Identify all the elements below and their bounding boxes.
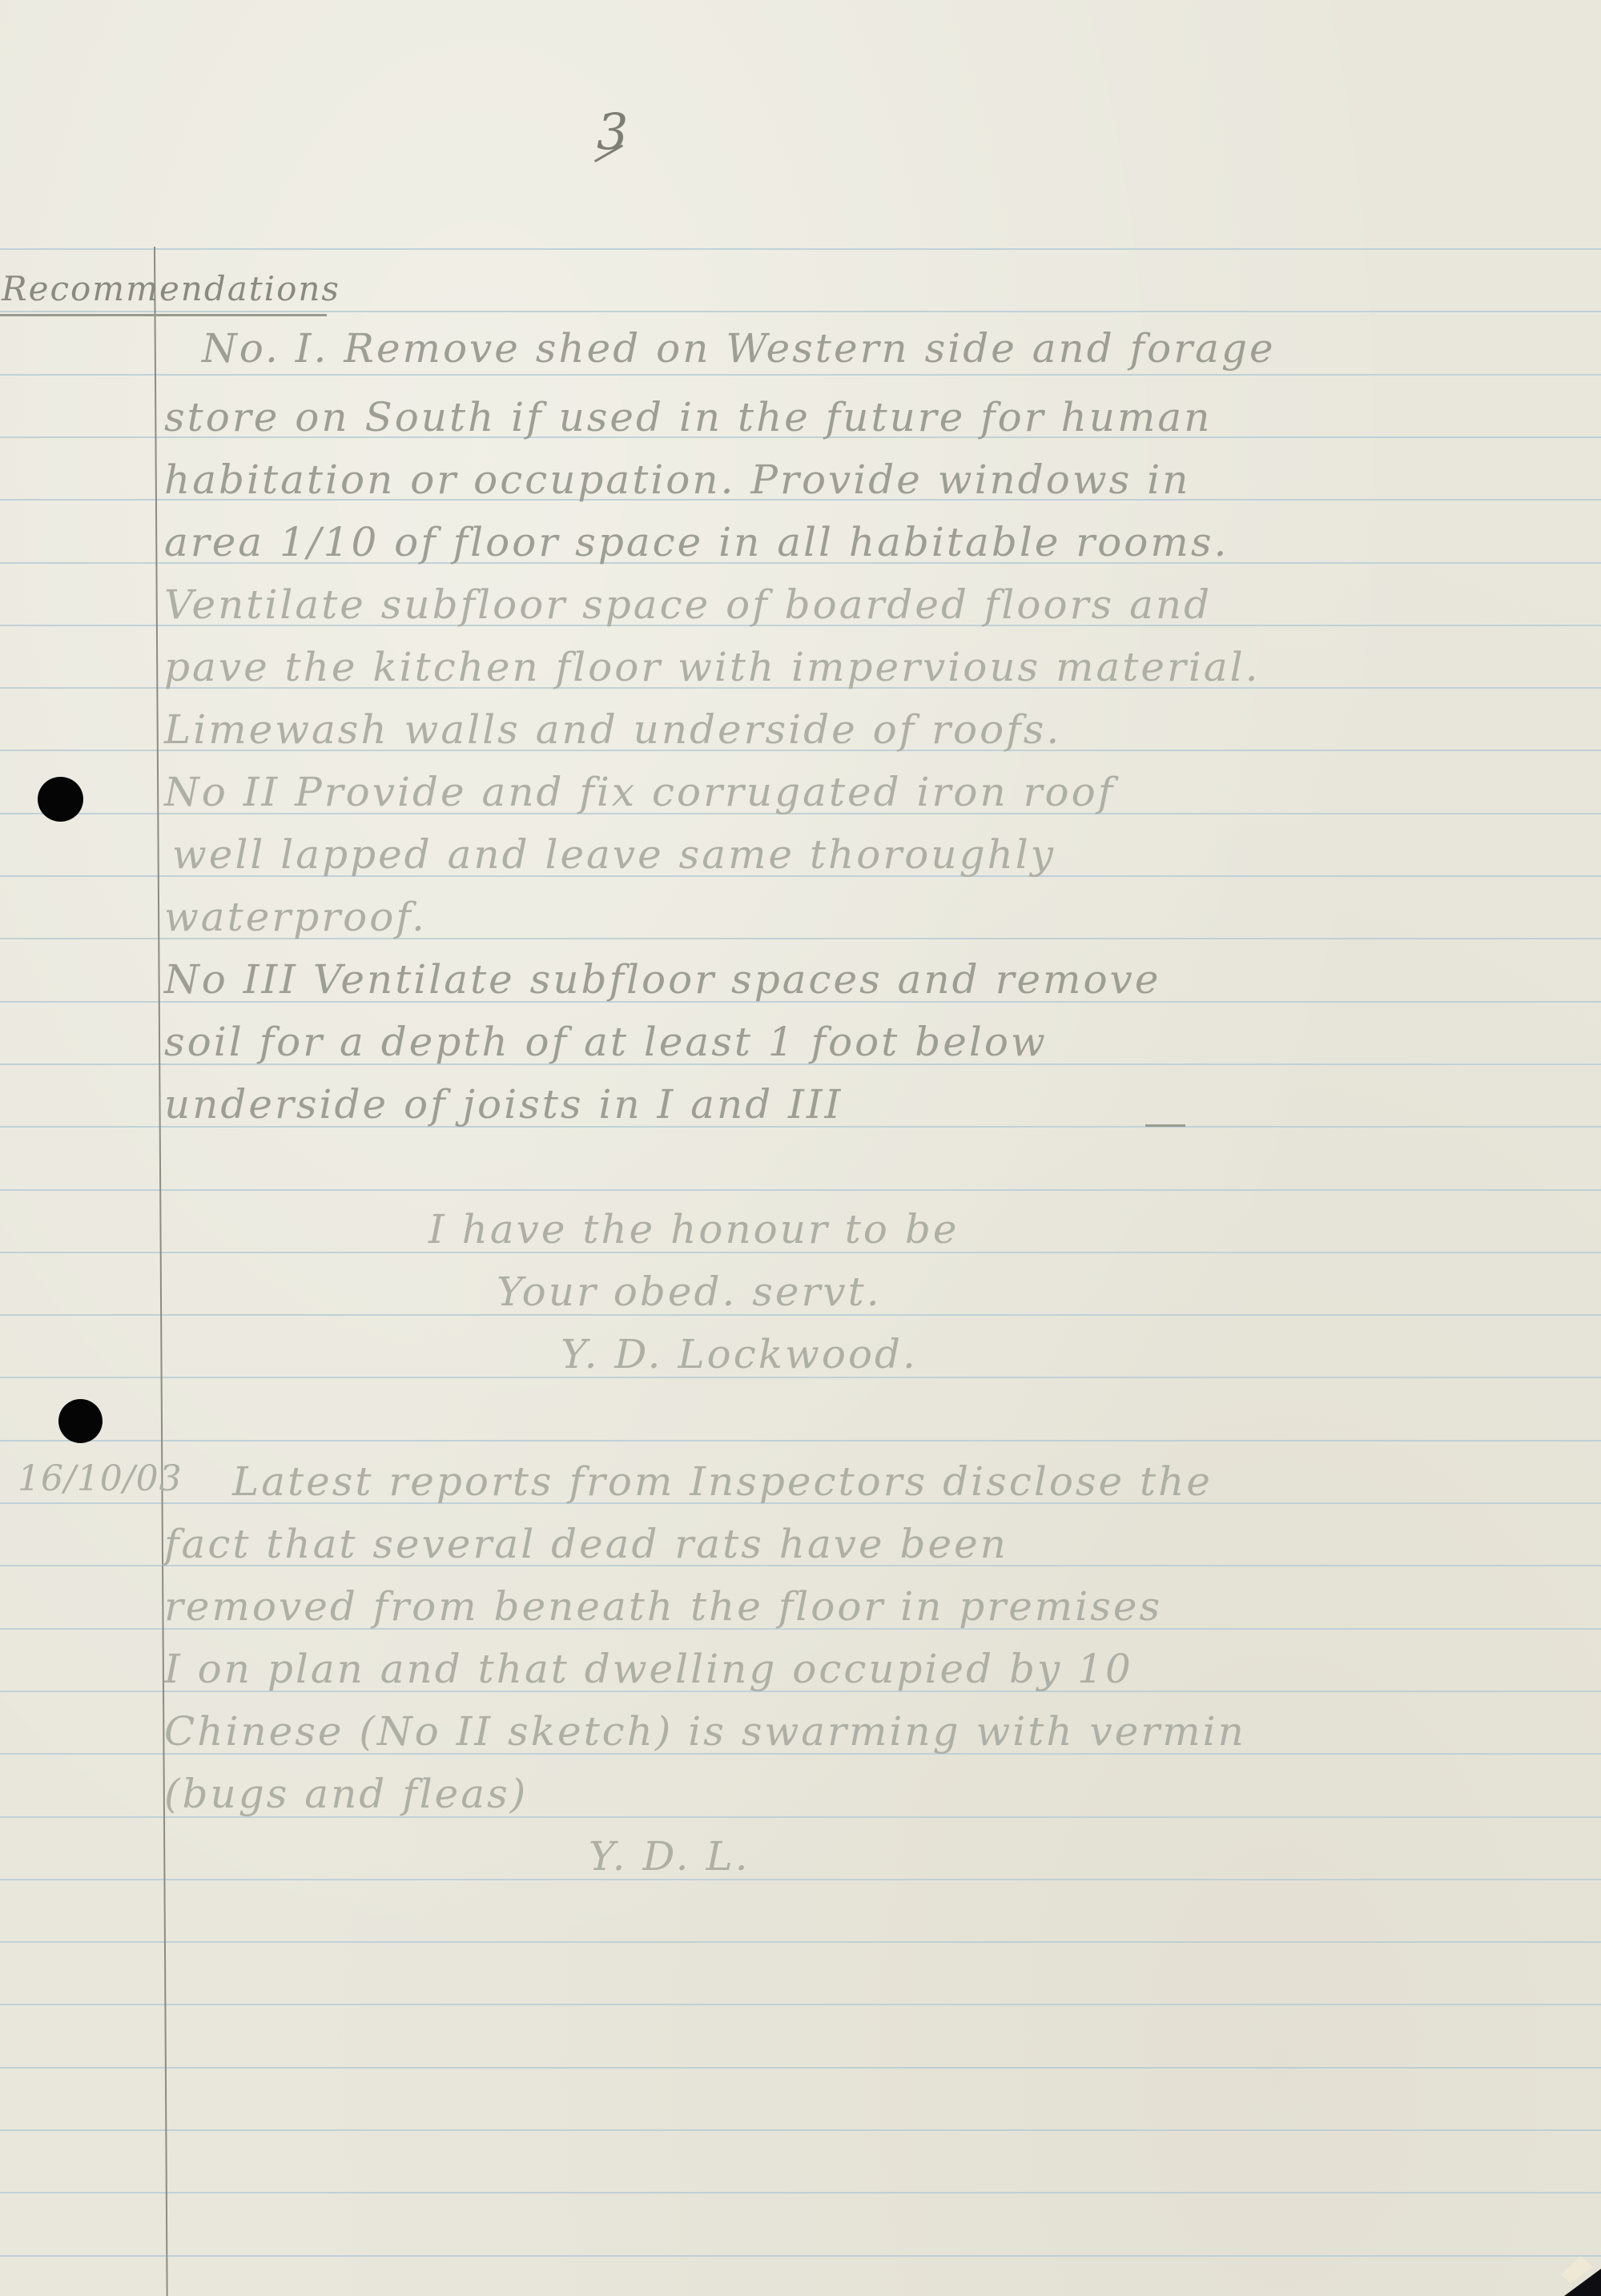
ruled-line bbox=[0, 2067, 1601, 2069]
ruled-line bbox=[0, 1440, 1601, 1442]
postscript-line-3: removed from beneath the floor in premis… bbox=[164, 1586, 1162, 1627]
postscript-date: 16/10/03 bbox=[18, 1462, 183, 1497]
rec-1-line-3: habitation or occupation. Provide window… bbox=[164, 460, 1190, 500]
postscript-line-6: (bugs and fleas) bbox=[164, 1774, 528, 1814]
rec-1-line-2: store on South if used in the future for… bbox=[164, 397, 1212, 437]
postscript-line-1: Latest reports from Inspectors disclose … bbox=[232, 1462, 1213, 1502]
closing-line-1: I have the honour to be bbox=[428, 1209, 959, 1249]
rec-1-line-6: pave the kitchen floor with impervious m… bbox=[164, 647, 1261, 687]
ruled-line bbox=[0, 2004, 1601, 2005]
underline-III bbox=[1145, 1124, 1185, 1127]
ruled-paper-page: 3 Recommendations No. I. Remove shed on … bbox=[0, 0, 1601, 2296]
rec-3-line-1: No III Ventilate subfloor spaces and rem… bbox=[164, 959, 1161, 999]
ruled-line bbox=[0, 1941, 1601, 1943]
ruled-line bbox=[0, 2192, 1601, 2193]
rec-3-line-2: soil for a depth of at least 1 foot belo… bbox=[164, 1022, 1048, 1062]
rec-1-line-7: Limewash walls and underside of roofs. bbox=[164, 710, 1061, 750]
rec-1-line-4: area 1/10 of floor space in all habitabl… bbox=[164, 522, 1229, 562]
postscript-initials: Y. D. L. bbox=[589, 1836, 750, 1876]
punch-hole-bottom bbox=[58, 1399, 103, 1443]
postscript-line-4: I on plan and that dwelling occupied by … bbox=[164, 1649, 1133, 1689]
ruled-line bbox=[0, 374, 1601, 376]
postscript-line-2: fact that several dead rats have been bbox=[164, 1524, 1008, 1564]
heading-underline bbox=[0, 314, 327, 316]
rec-3-line-3: underside of joists in I and III bbox=[164, 1084, 843, 1124]
ruled-line bbox=[0, 311, 1601, 312]
closing-line-2: Your obed. servt. bbox=[497, 1272, 882, 1312]
punch-hole-top bbox=[38, 777, 83, 822]
postscript-line-5: Chinese (No II sketch) is swarming with … bbox=[164, 1711, 1246, 1751]
ruled-line bbox=[0, 248, 1601, 250]
rec-1-line-5: Ventilate subfloor space of boarded floo… bbox=[164, 585, 1212, 625]
rec-2-line-3: waterproof. bbox=[164, 897, 427, 937]
rec-1-line-1: No. I. Remove shed on Western side and f… bbox=[202, 328, 1276, 368]
rec-2-line-1: No II Provide and fix corrugated iron ro… bbox=[164, 772, 1115, 812]
ruled-line bbox=[0, 2255, 1601, 2257]
ruled-line bbox=[0, 1879, 1601, 1880]
ruled-line bbox=[0, 2129, 1601, 2131]
signature: Y. D. Lockwood. bbox=[561, 1334, 918, 1374]
heading-recommendations: Recommendations bbox=[2, 272, 340, 306]
ruled-line bbox=[0, 1189, 1601, 1191]
rec-2-line-2: well lapped and leave same thoroughly bbox=[172, 834, 1056, 875]
